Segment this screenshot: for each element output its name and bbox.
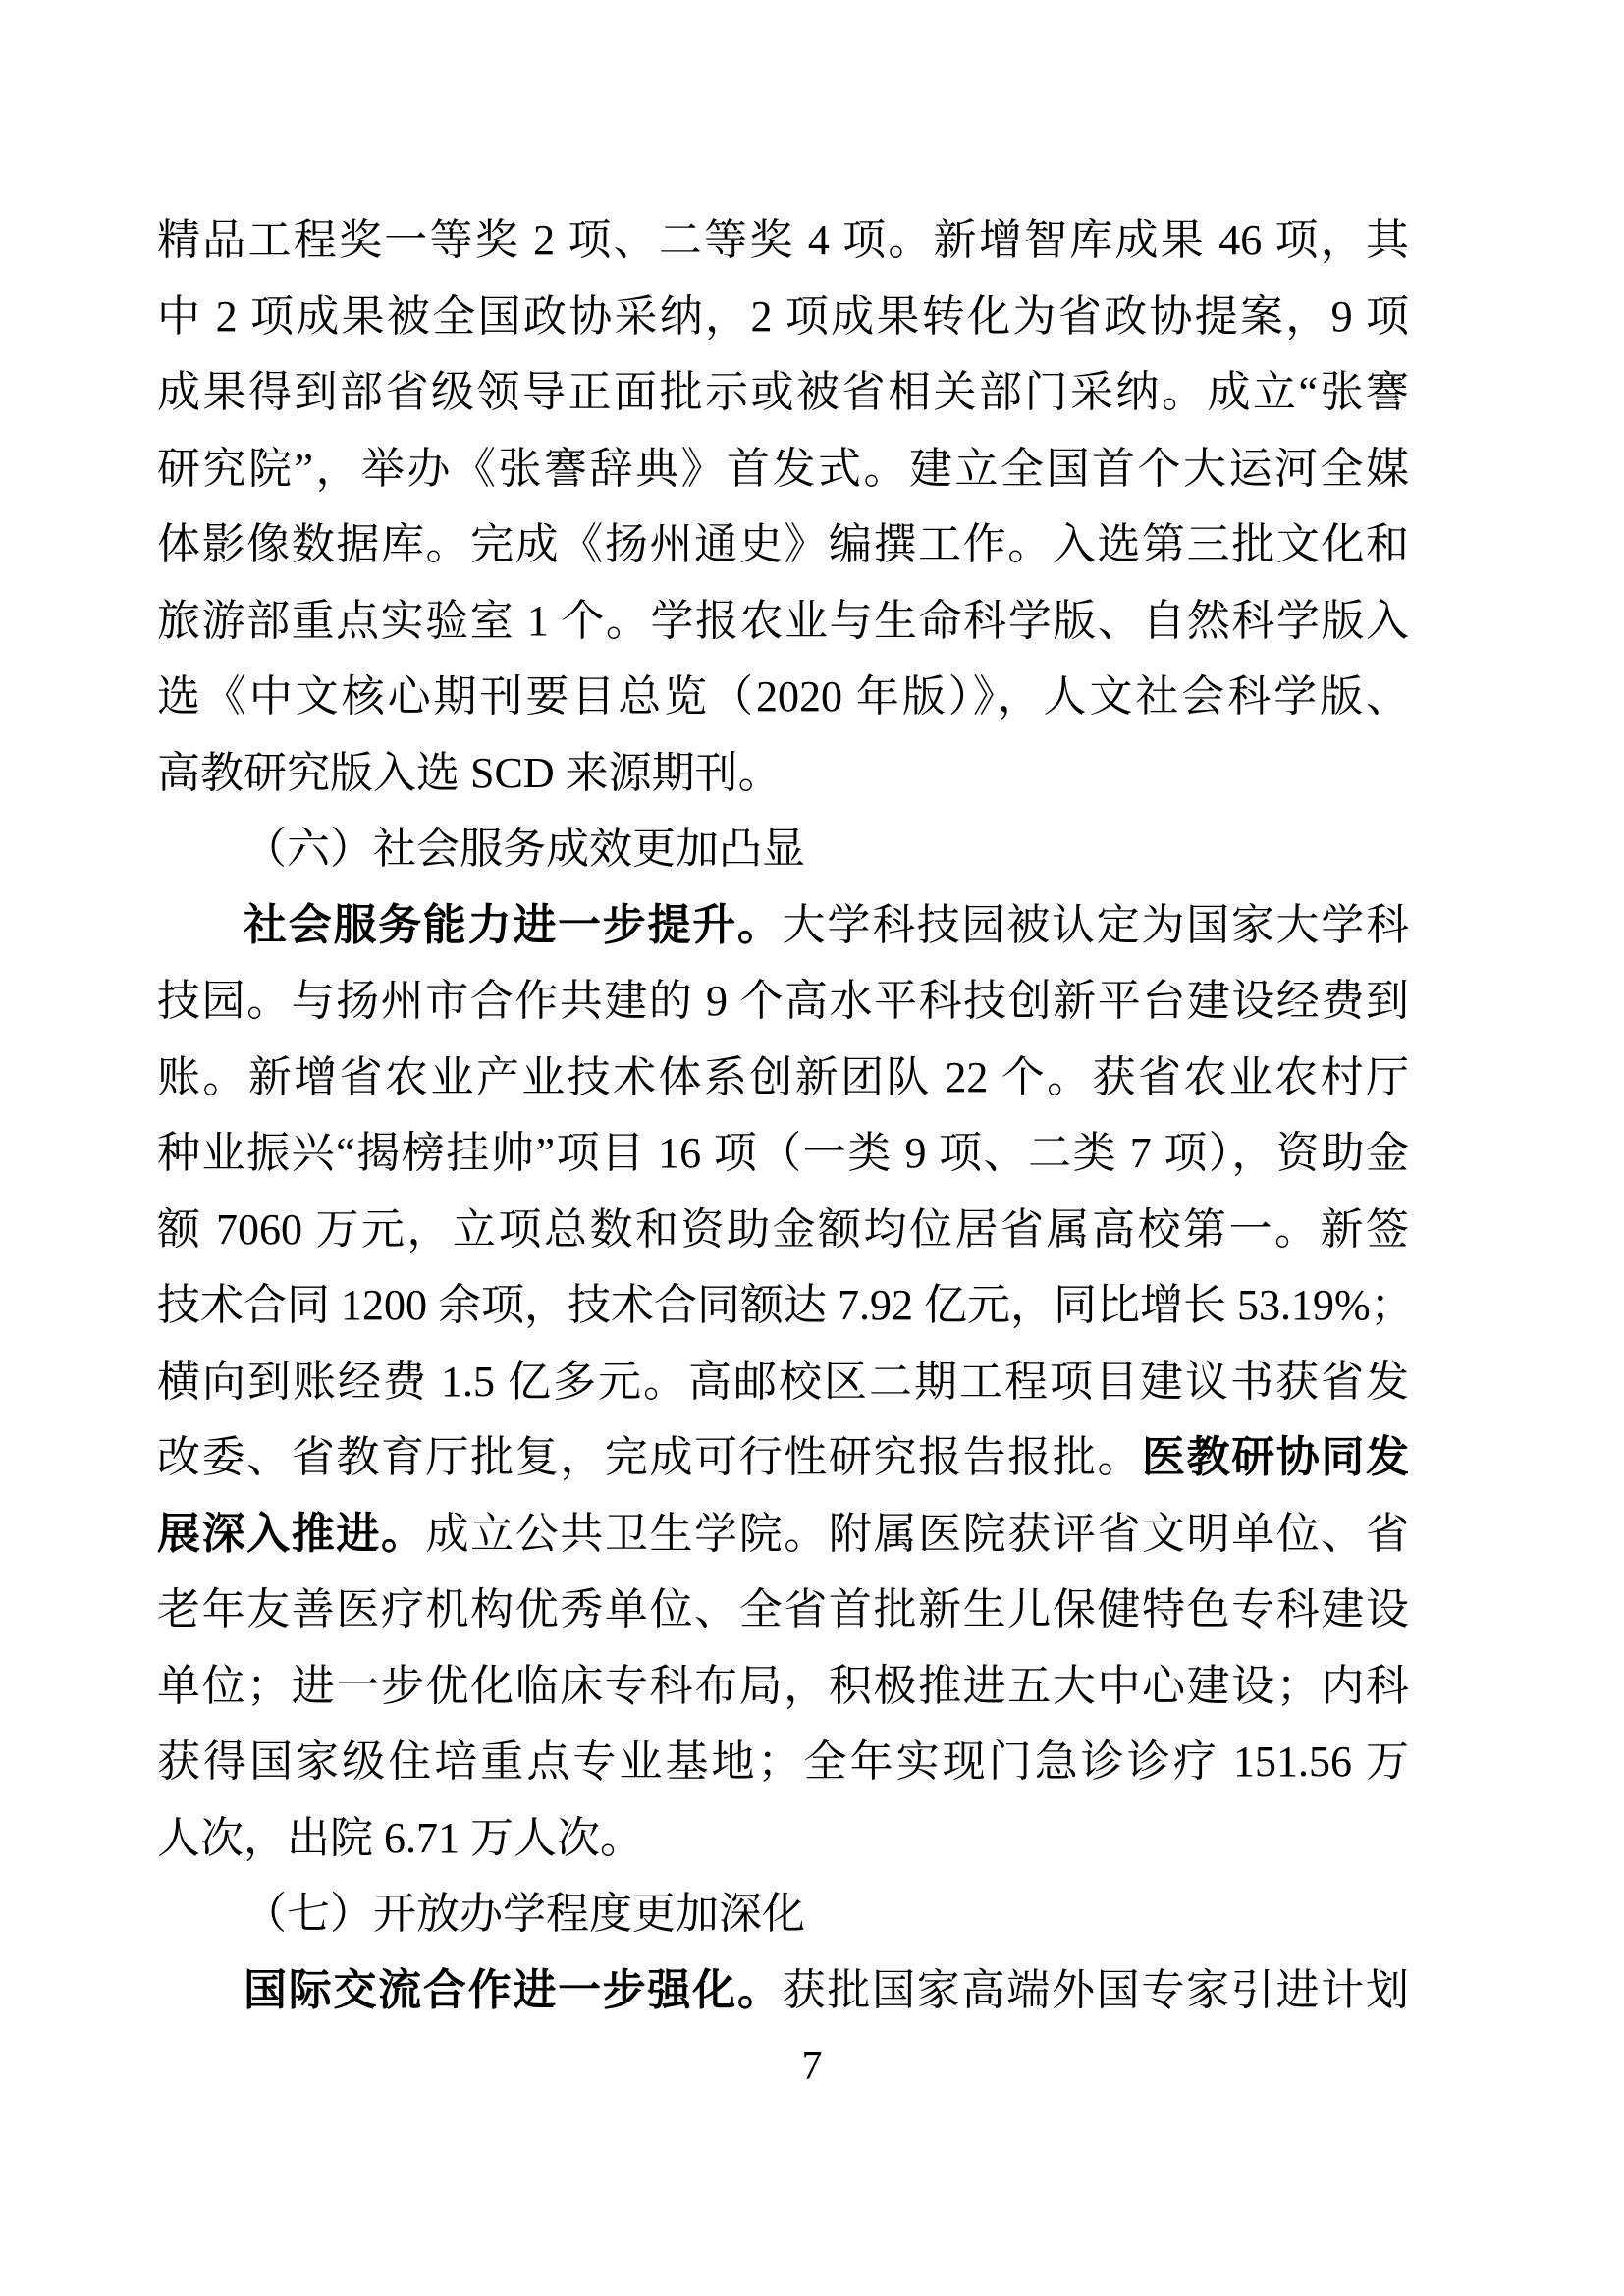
text-segment: 体影像数据库。完成《扬州通史》编撰工作。入选第三批文化和	[157, 520, 1409, 568]
text-segment: 获批国家高端外国专家引进计划	[783, 1966, 1409, 2014]
document-line: 精品工程奖一等奖 2 项、二等奖 4 项。新增智库成果 46 项，其	[157, 202, 1409, 279]
document-line: 研究院”，举办《张謇辞典》首发式。建立全国首个大运河全媒	[157, 431, 1409, 507]
document-text-block: 精品工程奖一等奖 2 项、二等奖 4 项。新增智库成果 46 项，其中 2 项成…	[157, 202, 1409, 2028]
document-line: 获得国家级住培重点专业基地；全年实现门急诊诊疗 151.56 万	[157, 1724, 1409, 1800]
text-segment: 账。新增省农业产业技术体系创新团队 22 个。获省农业农村厅	[157, 1053, 1409, 1101]
text-segment: 技园。与扬州市合作共建的 9 个高水平科技创新平台建设经费到	[157, 977, 1409, 1025]
document-line: 旅游部重点实验室 1 个。学报农业与生命科学版、自然科学版入	[157, 583, 1409, 660]
text-segment: 大学科技园被认定为国家大学科	[783, 901, 1409, 949]
text-segment: 种业振兴“揭榜挂帅”项目 16 项（一类 9 项、二类 7 项），资助金	[157, 1129, 1409, 1177]
document-line: 社会服务能力进一步提升。大学科技园被认定为国家大学科	[157, 887, 1409, 964]
document-line: 技园。与扬州市合作共建的 9 个高水平科技创新平台建设经费到	[157, 963, 1409, 1040]
text-segment: 技术合同 1200 余项，技术合同额达 7.92 亿元，同比增长 53.19%；	[157, 1281, 1414, 1329]
section-heading: （六）社会服务成效更加凸显	[157, 811, 1409, 887]
document-line: 账。新增省农业产业技术体系创新团队 22 个。获省农业农村厅	[157, 1040, 1409, 1116]
text-segment: 成果得到部省级领导正面批示或被省相关部门采纳。成立“张謇	[157, 368, 1409, 416]
document-line: 单位；进一步优化临床专科布局，积极推进五大中心建设；内科	[157, 1648, 1409, 1725]
bold-text-segment: 国际交流合作进一步强化。	[244, 1966, 783, 2014]
text-segment: 横向到账经费 1.5 亿多元。高邮校区二期工程项目建议书获省发	[157, 1358, 1409, 1406]
text-segment: 中 2 项成果被全国政协采纳，2 项成果转化为省政协提案，9 项	[157, 293, 1409, 341]
document-line: 国际交流合作进一步强化。获批国家高端外国专家引进计划	[157, 1952, 1409, 2029]
text-segment: 研究院”，举办《张謇辞典》首发式。建立全国首个大运河全媒	[157, 445, 1409, 493]
text-segment: （七）开放办学程度更加深化	[244, 1890, 805, 1938]
document-line: 技术合同 1200 余项，技术合同额达 7.92 亿元，同比增长 53.19%；	[157, 1267, 1409, 1344]
bold-text-segment: 社会服务能力进一步提升。	[244, 901, 783, 949]
document-line: 展深入推进。成立公共卫生学院。附属医院获评省文明单位、省	[157, 1496, 1409, 1573]
text-segment: （六）社会服务成效更加凸显	[244, 825, 805, 873]
document-line: 高教研究版入选 SCD 来源期刊。	[157, 735, 1409, 812]
text-segment: 高教研究版入选 SCD 来源期刊。	[157, 749, 782, 797]
section-heading: （七）开放办学程度更加深化	[157, 1876, 1409, 1952]
text-segment: 改委、省教育厅批复，完成可行性研究报告报批。	[157, 1433, 1142, 1481]
text-segment: 人次，出院 6.71 万人次。	[157, 1814, 643, 1862]
document-line: 体影像数据库。完成《扬州通史》编撰工作。入选第三批文化和	[157, 507, 1409, 583]
document-line: 改委、省教育厅批复，完成可行性研究报告报批。医教研协同发	[157, 1419, 1409, 1496]
document-line: 中 2 项成果被全国政协采纳，2 项成果转化为省政协提案，9 项	[157, 279, 1409, 355]
text-segment: 精品工程奖一等奖 2 项、二等奖 4 项。新增智库成果 46 项，其	[157, 216, 1409, 264]
document-line: 成果得到部省级领导正面批示或被省相关部门采纳。成立“张謇	[157, 354, 1409, 431]
text-segment: 额 7060 万元，立项总数和资助金额均位居省属高校第一。新签	[157, 1205, 1409, 1254]
document-page: 精品工程奖一等奖 2 项、二等奖 4 项。新增智库成果 46 项，其中 2 项成…	[0, 0, 1624, 2296]
document-line: 种业振兴“揭榜挂帅”项目 16 项（一类 9 项、二类 7 项），资助金	[157, 1115, 1409, 1192]
text-segment: 成立公共卫生学院。附属医院获评省文明单位、省	[426, 1510, 1409, 1558]
text-segment: 选《中文核心期刊要目总览（2020 年版）》，人文社会科学版、	[157, 672, 1409, 721]
bold-text-segment: 展深入推进。	[157, 1510, 426, 1558]
document-line: 额 7060 万元，立项总数和资助金额均位居省属高校第一。新签	[157, 1192, 1409, 1268]
document-line: 横向到账经费 1.5 亿多元。高邮校区二期工程项目建议书获省发	[157, 1344, 1409, 1420]
text-segment: 旅游部重点实验室 1 个。学报农业与生命科学版、自然科学版入	[157, 597, 1409, 645]
text-segment: 老年友善医疗机构优秀单位、全省首批新生儿保健特色专科建设	[157, 1585, 1409, 1633]
text-segment: 获得国家级住培重点专业基地；全年实现门急诊诊疗 151.56 万	[157, 1737, 1409, 1786]
document-line: 人次，出院 6.71 万人次。	[157, 1800, 1409, 1877]
text-segment: 单位；进一步优化临床专科布局，积极推进五大中心建设；内科	[157, 1662, 1409, 1710]
page-number: 7	[0, 2042, 1624, 2091]
document-line: 选《中文核心期刊要目总览（2020 年版）》，人文社会科学版、	[157, 659, 1409, 735]
bold-text-segment: 医教研协同发	[1142, 1433, 1409, 1481]
document-line: 老年友善医疗机构优秀单位、全省首批新生儿保健特色专科建设	[157, 1572, 1409, 1648]
